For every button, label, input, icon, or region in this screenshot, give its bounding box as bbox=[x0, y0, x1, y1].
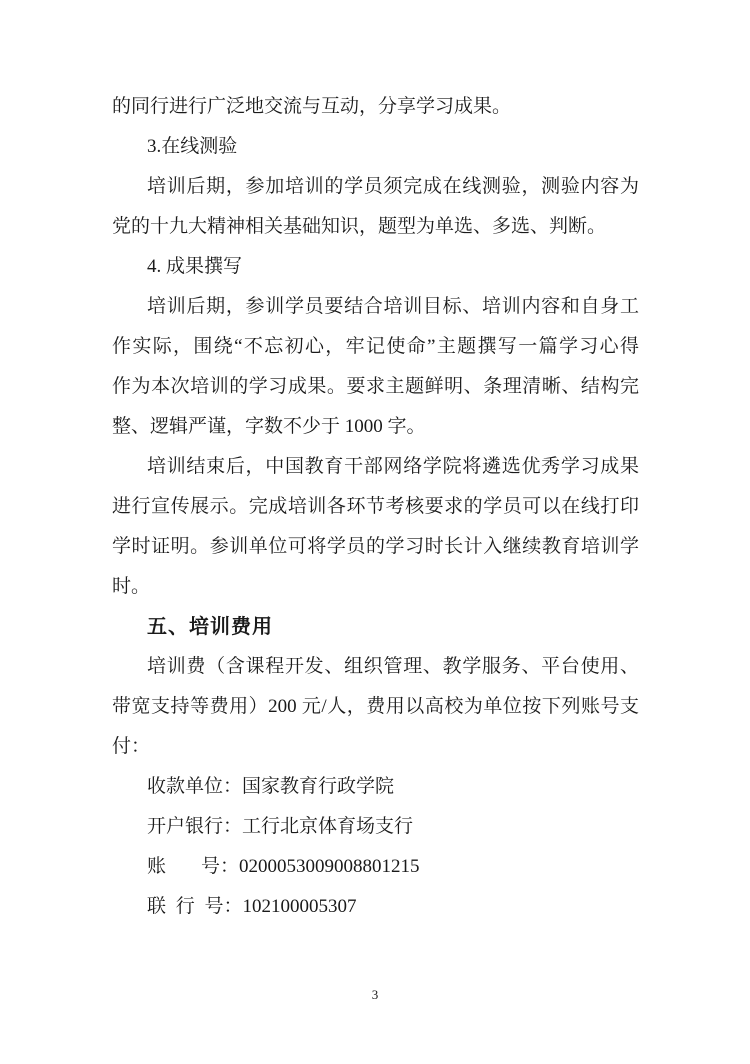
text-line: 付： bbox=[112, 727, 639, 767]
text-line: 培训后期，参训学员要结合培训目标、培训内容和自身工 bbox=[112, 287, 639, 327]
bank-cnaps-row: 联 行 号：102100005307 bbox=[112, 887, 639, 927]
text-line: 培训费（含课程开发、组织管理、教学服务、平台使用、 bbox=[112, 647, 639, 687]
page-number: 3 bbox=[0, 987, 750, 1003]
text-line: 作为本次培训的学习成果。要求主题鲜明、条理清晰、结构完 bbox=[112, 367, 639, 407]
bank-account-row: 账号：0200053009008801215 bbox=[112, 847, 639, 887]
bank-payee-value: 国家教育行政学院 bbox=[242, 776, 394, 797]
text-line: 党的十九大精神相关基础知识，题型为单选、多选、判断。 bbox=[112, 207, 639, 247]
text-line: 学时证明。参训单位可将学员的学习时长计入继续教育培训学 bbox=[112, 527, 639, 567]
text-line: 作实际，围绕“不忘初心，牢记使命”主题撰写一篇学习心得 bbox=[112, 327, 639, 367]
bank-name-row: 开户银行：工行北京体育场支行 bbox=[112, 807, 639, 847]
bank-name-value: 工行北京体育场支行 bbox=[242, 816, 413, 837]
bank-account-label-start: 账 bbox=[147, 856, 166, 877]
section-heading-training-fees: 五、培训费用 bbox=[112, 607, 639, 647]
bank-payee-label: 收款单位： bbox=[147, 776, 242, 797]
bank-account-label-end: 号： bbox=[201, 856, 239, 877]
bank-account-number: 0200053009008801215 bbox=[239, 856, 420, 877]
list-item-heading-online-test: 3.在线测验 bbox=[112, 127, 639, 167]
label-spacer bbox=[166, 871, 201, 872]
bank-name-label: 开户银行： bbox=[147, 816, 242, 837]
list-item-heading-result-writing: 4. 成果撰写 bbox=[112, 247, 639, 287]
text-line: 的同行进行广泛地交流与互动，分享学习成果。 bbox=[112, 87, 639, 127]
document-content: 的同行进行广泛地交流与互动，分享学习成果。 3.在线测验 培训后期，参加培训的学… bbox=[112, 87, 639, 927]
document-page: 的同行进行广泛地交流与互动，分享学习成果。 3.在线测验 培训后期，参加培训的学… bbox=[0, 0, 750, 1064]
bank-cnaps-label: 联 行 号： bbox=[147, 896, 243, 917]
text-line: 培训结束后，中国教育干部网络学院将遴选优秀学习成果 bbox=[112, 447, 639, 487]
text-line: 进行宣传展示。完成培训各环节考核要求的学员可以在线打印 bbox=[112, 487, 639, 527]
text-line: 时。 bbox=[112, 567, 639, 607]
text-line: 培训后期，参加培训的学员须完成在线测验，测验内容为 bbox=[112, 167, 639, 207]
bank-cnaps-number: 102100005307 bbox=[243, 896, 357, 917]
text-line: 整、逻辑严谨，字数不少于 1000 字。 bbox=[112, 407, 639, 447]
text-line: 带宽支持等费用）200 元/人，费用以高校为单位按下列账号支 bbox=[112, 687, 639, 727]
bank-payee-row: 收款单位：国家教育行政学院 bbox=[112, 767, 639, 807]
